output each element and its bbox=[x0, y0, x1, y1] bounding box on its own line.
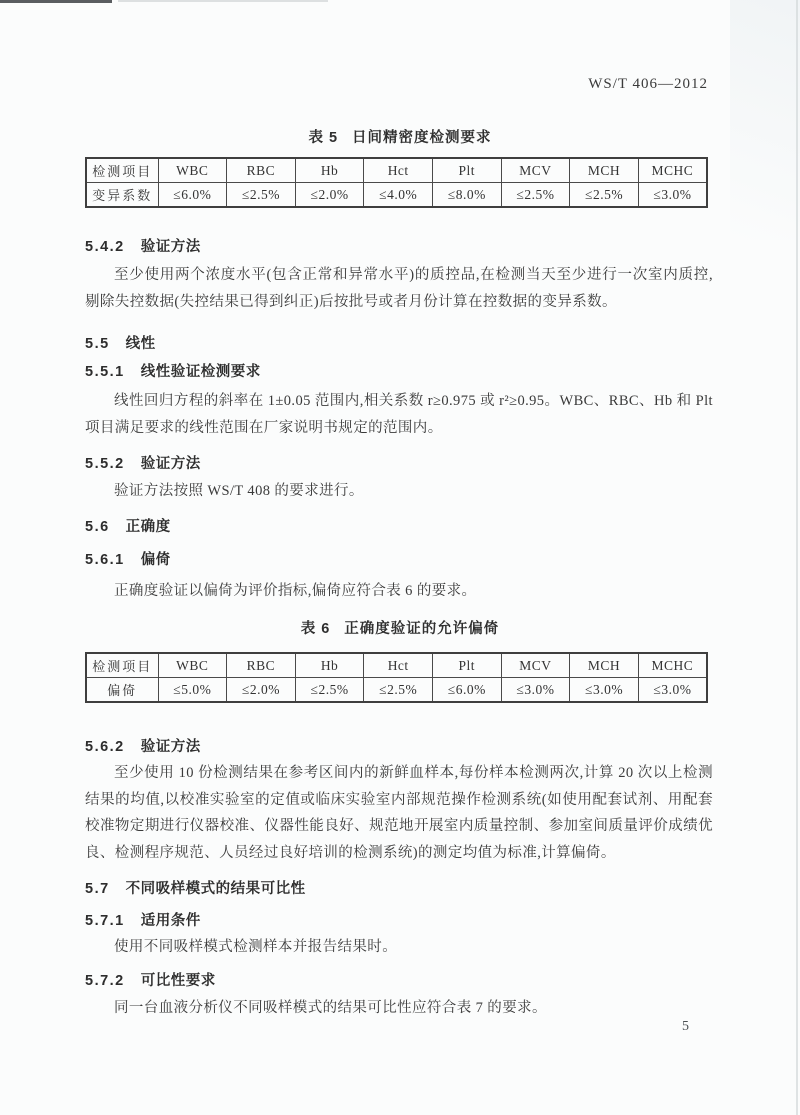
section-heading-5-6-2: 5.6.2验证方法 bbox=[85, 735, 201, 756]
page-number: 5 bbox=[682, 1019, 689, 1035]
section-title: 验证方法 bbox=[141, 456, 201, 472]
column-header-cell: Hct bbox=[364, 158, 433, 183]
table-cell: ≤2.5% bbox=[364, 678, 433, 703]
section-heading-5-5-1: 5.5.1线性验证检测要求 bbox=[85, 360, 261, 381]
paragraph-5-7-2: 同一台血液分析仪不同吸样模式的结果可比性应符合表 7 的要求。 bbox=[85, 995, 713, 1022]
section-title: 偏倚 bbox=[141, 552, 171, 568]
section-title: 验证方法 bbox=[141, 239, 201, 255]
table-cell: ≤3.0% bbox=[638, 678, 707, 703]
section-number: 5.5.1 bbox=[85, 364, 125, 380]
column-header-cell: WBC bbox=[158, 158, 227, 183]
column-header-cell: MCHC bbox=[638, 158, 707, 183]
column-header-cell: MCHC bbox=[638, 653, 707, 678]
section-heading-5-6-1: 5.6.1偏倚 bbox=[85, 548, 171, 569]
paragraph-5-6-2: 至少使用 10 份检测结果在参考区间内的新鲜血样本,每份样本检测两次,计算 20… bbox=[85, 760, 713, 866]
paragraph-5-5-1: 线性回归方程的斜率在 1±0.05 范围内,相关系数 r≥0.975 或 r²≥… bbox=[85, 388, 713, 441]
table-cell: 变异系数 bbox=[86, 183, 158, 208]
column-header-cell: RBC bbox=[227, 158, 296, 183]
section-heading-5-4-2: 5.4.2验证方法 bbox=[85, 235, 201, 256]
column-header-cell: MCV bbox=[501, 653, 570, 678]
column-header-cell: Plt bbox=[433, 653, 502, 678]
section-title: 正确度 bbox=[126, 519, 171, 535]
section-heading-5-6: 5.6正确度 bbox=[85, 515, 171, 536]
table-cell: ≤5.0% bbox=[158, 678, 227, 703]
table5-caption-title: 日间精密度检测要求 bbox=[352, 130, 492, 146]
section-number: 5.5.2 bbox=[85, 456, 125, 472]
column-header-cell: MCV bbox=[501, 158, 570, 183]
column-header-cell: Hb bbox=[295, 653, 364, 678]
paragraph-5-7-1: 使用不同吸样模式检测样本并报告结果时。 bbox=[85, 934, 713, 961]
table6-caption-number: 表 6 bbox=[301, 621, 331, 637]
table-cell: ≤3.0% bbox=[638, 183, 707, 208]
section-title: 适用条件 bbox=[141, 913, 201, 929]
section-title: 验证方法 bbox=[141, 739, 201, 755]
table5-header-row: 检测项目WBCRBCHbHctPltMCVMCHMCHC bbox=[86, 158, 707, 183]
scan-artifact-shade bbox=[730, 0, 800, 240]
paragraph-5-4-2: 至少使用两个浓度水平(包含正常和异常水平)的质控品,在检测当天至少进行一次室内质… bbox=[85, 262, 713, 315]
column-header-cell: RBC bbox=[227, 653, 296, 678]
scan-artifact-top-edge bbox=[0, 0, 112, 3]
section-heading-5-5-2: 5.5.2验证方法 bbox=[85, 452, 201, 473]
table-cell: ≤2.5% bbox=[570, 183, 639, 208]
table5-precision-requirements: 检测项目WBCRBCHbHctPltMCVMCHMCHC 变异系数≤6.0%≤2… bbox=[85, 157, 708, 208]
column-header-cell: MCH bbox=[570, 653, 639, 678]
section-number: 5.6.1 bbox=[85, 552, 125, 568]
table-cell: ≤2.5% bbox=[295, 678, 364, 703]
section-title: 线性 bbox=[126, 336, 156, 352]
section-number: 5.7.1 bbox=[85, 913, 125, 929]
document-code-header: WS/T 406—2012 bbox=[588, 76, 708, 93]
column-header-cell: Plt bbox=[433, 158, 502, 183]
table5-caption: 表 5日间精密度检测要求 bbox=[0, 126, 800, 147]
section-heading-5-7-2: 5.7.2可比性要求 bbox=[85, 969, 216, 990]
column-header-cell: Hb bbox=[295, 158, 364, 183]
table-cell: ≤3.0% bbox=[501, 678, 570, 703]
scan-artifact-top-edge-light bbox=[118, 0, 328, 2]
section-heading-5-7: 5.7不同吸样模式的结果可比性 bbox=[85, 877, 306, 898]
section-number: 5.7.2 bbox=[85, 973, 125, 989]
table-cell: ≤6.0% bbox=[433, 678, 502, 703]
table-cell: ≤2.5% bbox=[501, 183, 570, 208]
paragraph-5-5-2: 验证方法按照 WS/T 408 的要求进行。 bbox=[85, 478, 713, 505]
section-heading-5-5: 5.5线性 bbox=[85, 332, 156, 353]
table6-data-row: 偏倚≤5.0%≤2.0%≤2.5%≤2.5%≤6.0%≤3.0%≤3.0%≤3.… bbox=[86, 678, 707, 703]
section-title: 可比性要求 bbox=[141, 973, 216, 989]
table-cell: ≤2.5% bbox=[227, 183, 296, 208]
section-number: 5.5 bbox=[85, 336, 110, 352]
section-number: 5.6 bbox=[85, 519, 110, 535]
table-cell: ≤2.0% bbox=[227, 678, 296, 703]
table5-data-row: 变异系数≤6.0%≤2.5%≤2.0%≤4.0%≤8.0%≤2.5%≤2.5%≤… bbox=[86, 183, 707, 208]
paragraph-5-6-1: 正确度验证以偏倚为评价指标,偏倚应符合表 6 的要求。 bbox=[85, 578, 713, 605]
column-header-cell: 检测项目 bbox=[86, 158, 158, 183]
section-title: 线性验证检测要求 bbox=[141, 364, 261, 380]
table-cell: ≤6.0% bbox=[158, 183, 227, 208]
scan-artifact-right-edge bbox=[796, 0, 798, 1115]
table-cell: ≤8.0% bbox=[433, 183, 502, 208]
table6-caption: 表 6正确度验证的允许偏倚 bbox=[0, 617, 800, 638]
section-number: 5.6.2 bbox=[85, 739, 125, 755]
column-header-cell: 检测项目 bbox=[86, 653, 158, 678]
document-page: WS/T 406—2012 表 5日间精密度检测要求 检测项目WBCRBCHbH… bbox=[0, 0, 800, 1115]
column-header-cell: WBC bbox=[158, 653, 227, 678]
table-cell: 偏倚 bbox=[86, 678, 158, 703]
table6-header-row: 检测项目WBCRBCHbHctPltMCVMCHMCHC bbox=[86, 653, 707, 678]
table-cell: ≤4.0% bbox=[364, 183, 433, 208]
section-number: 5.4.2 bbox=[85, 239, 125, 255]
section-heading-5-7-1: 5.7.1适用条件 bbox=[85, 909, 201, 930]
table5-caption-number: 表 5 bbox=[308, 130, 338, 146]
section-number: 5.7 bbox=[85, 881, 110, 897]
table6-caption-title: 正确度验证的允许偏倚 bbox=[344, 621, 499, 637]
section-title: 不同吸样模式的结果可比性 bbox=[126, 881, 306, 897]
column-header-cell: MCH bbox=[570, 158, 639, 183]
table-cell: ≤2.0% bbox=[295, 183, 364, 208]
column-header-cell: Hct bbox=[364, 653, 433, 678]
table-cell: ≤3.0% bbox=[570, 678, 639, 703]
table6-allowed-bias: 检测项目WBCRBCHbHctPltMCVMCHMCHC 偏倚≤5.0%≤2.0… bbox=[85, 652, 708, 703]
